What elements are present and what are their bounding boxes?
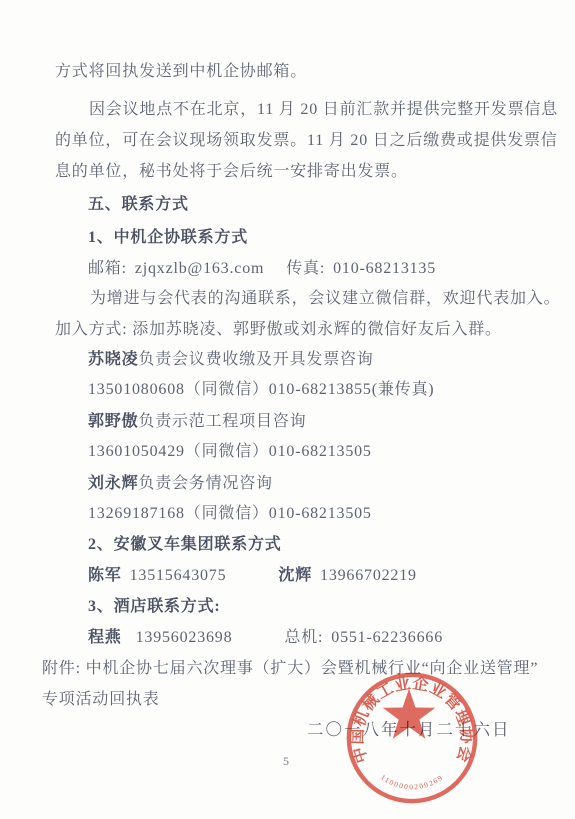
anhui-contact1-name: 陈军 xyxy=(88,567,122,584)
contact3-phone: 13269187168（同微信）010-68213505 xyxy=(88,504,372,524)
switchboard-value: 0551-62236666 xyxy=(331,629,443,646)
wechat-group-line2: 加入方式: 添加苏晓凌、郭野傲或刘永辉的微信好友后入群。 xyxy=(55,320,502,340)
contact2-phone: 13601050429（同微信）010-68213505 xyxy=(88,442,372,462)
fax-label: 传真: xyxy=(286,260,325,277)
item1-heading: 1、中机企协联系方式 xyxy=(88,228,248,248)
hotel-contact-name: 程燕 xyxy=(88,629,122,646)
paragraph-invoice-line2: 的单位，可在会议现场领取发票。11 月 20 日之后缴费或提供发票信 xyxy=(55,131,558,151)
anhui-contact2-name: 沈辉 xyxy=(278,567,312,584)
svg-text:1100000209269: 1100000209269 xyxy=(379,773,445,792)
wechat-group-line1: 为增进与会代表的沟通联系，会议建立微信群，欢迎代表加入。 xyxy=(90,289,560,309)
section5-heading: 五、联系方式 xyxy=(88,195,189,215)
hotel-contact-phone: 13956023698 xyxy=(136,629,233,646)
paragraph-return-receipt: 方式将回执发送到中机企协邮箱。 xyxy=(55,62,307,82)
email-value: zjqxzlb@163.com xyxy=(135,260,264,277)
contact2-name: 郭野傲 xyxy=(88,413,138,430)
contact1-role: 负责会议费收缴及开具发票咨询 xyxy=(138,351,373,368)
attachment-line1: 附件: 中机企协七届六次理事（扩大）会暨机械行业“向企业送管理” xyxy=(42,659,538,679)
document-date: 二〇一八年十月二十六日 xyxy=(307,720,511,740)
fax-value: 010-68213135 xyxy=(333,260,436,277)
anhui-contact2-phone: 13966702219 xyxy=(320,567,417,584)
contact3-role-line: 刘永辉负责会务情况咨询 xyxy=(88,474,273,494)
switchboard-label: 总机: xyxy=(284,629,323,646)
contact2-role: 负责示范工程项目咨询 xyxy=(138,413,306,430)
anhui-contacts-line: 陈军13515643075沈辉13966702219 xyxy=(88,566,417,586)
page-number: 5 xyxy=(283,754,289,769)
hotel-contacts-line: 程燕13956023698总机:0551-62236666 xyxy=(88,628,443,648)
contact2-role-line: 郭野傲负责示范工程项目咨询 xyxy=(88,412,306,432)
paragraph-invoice-line1: 因会议地点不在北京，11 月 20 日前汇款并提供完整开发票信息 xyxy=(89,100,558,120)
email-label: 邮箱: xyxy=(88,260,127,277)
contact3-role: 负责会务情况咨询 xyxy=(138,475,272,492)
item2-heading: 2、安徽叉车集团联系方式 xyxy=(88,535,282,555)
paragraph-invoice-line3: 息的单位，秘书处将于会后统一安排寄出发票。 xyxy=(55,162,408,182)
seal-code-text: 1100000209269 xyxy=(379,773,445,792)
document-page: 方式将回执发送到中机企协邮箱。 因会议地点不在北京，11 月 20 日前汇款并提… xyxy=(0,0,575,819)
contact1-name: 苏晓凌 xyxy=(88,351,138,368)
item3-heading: 3、酒店联系方式: xyxy=(88,597,221,617)
email-fax-line: 邮箱:zjqxzlb@163.com传真:010-68213135 xyxy=(88,259,436,279)
contact3-name: 刘永辉 xyxy=(88,475,138,492)
anhui-contact1-phone: 13515643075 xyxy=(130,567,227,584)
attachment-line2: 专项活动回执表 xyxy=(42,690,160,710)
contact1-phone: 13501080608（同微信）010-68213855(兼传真) xyxy=(88,380,434,400)
contact1-role-line: 苏晓凌负责会议费收缴及开具发票咨询 xyxy=(88,350,374,370)
